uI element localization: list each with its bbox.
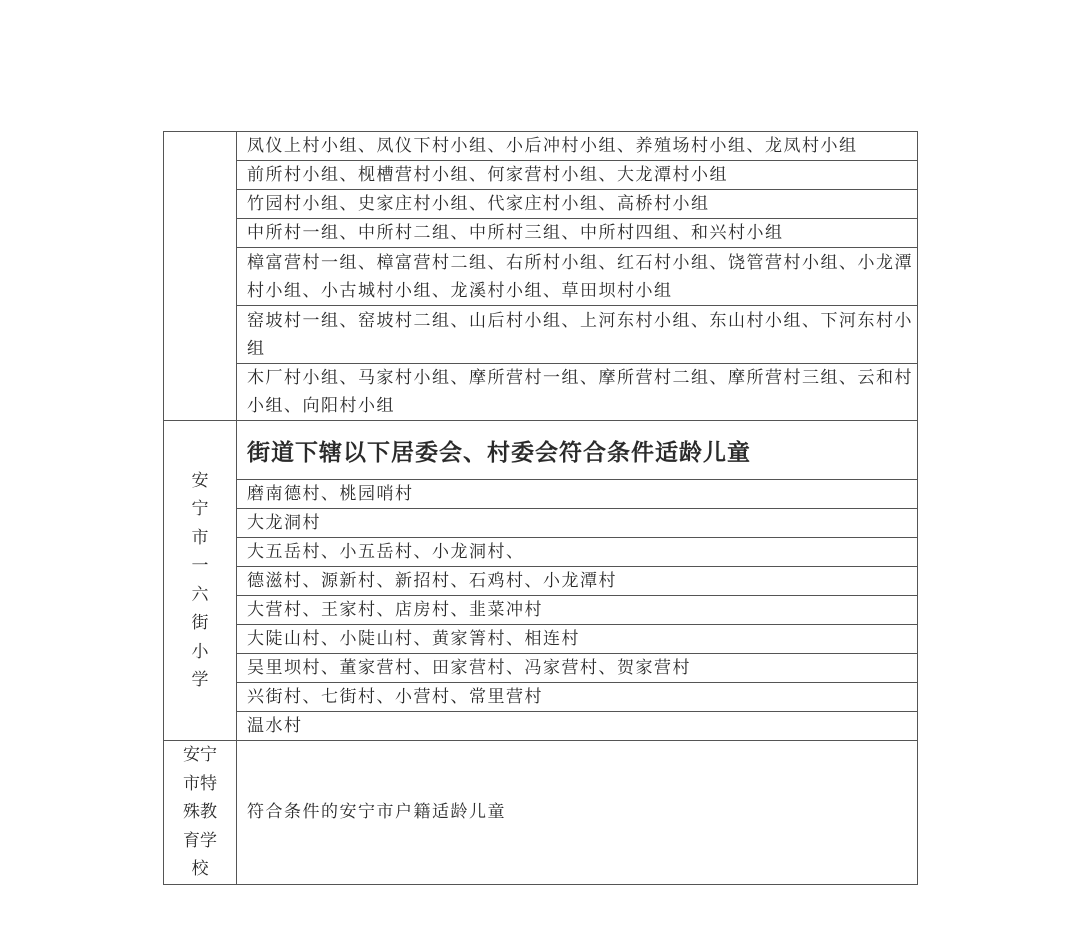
table-row: 兴街村、七街村、小营村、常里营村 xyxy=(237,683,918,712)
table-row: 吴里坝村、董家营村、田家营村、冯家营村、贺家营村 xyxy=(237,654,918,683)
table-row: 磨南德村、桃园哨村 xyxy=(237,480,918,509)
table-row: 樟富营村一组、樟富营村二组、右所村小组、红石村小组、饶管营村小组、小龙潭村小组、… xyxy=(237,248,918,306)
section-heading: 街道下辖以下居委会、村委会符合条件适龄儿童 xyxy=(237,421,918,480)
table-row: 大营村、王家村、店房村、韭菜冲村 xyxy=(237,596,918,625)
table-row: 大龙洞村 xyxy=(237,509,918,538)
school-label-anning-special-education: 安宁 市特 殊教 育学 校 xyxy=(164,741,237,885)
table-row: 温水村 xyxy=(237,712,918,741)
table-row: 中所村一组、中所村二组、中所村三组、中所村四组、和兴村小组 xyxy=(237,219,918,248)
enrollment-zone-table: 凤仪上村小组、凤仪下村小组、小后冲村小组、养殖场村小组、龙凤村小组 前所村小组、… xyxy=(163,131,918,885)
table-row: 窑坡村一组、窑坡村二组、山后村小组、上河东村小组、东山村小组、下河东村小组 xyxy=(237,306,918,364)
table-row: 凤仪上村小组、凤仪下村小组、小后冲村小组、养殖场村小组、龙凤村小组 xyxy=(237,132,918,161)
section1-label-cell xyxy=(164,132,237,421)
table-row: 前所村小组、枧槽营村小组、何家营村小组、大龙潭村小组 xyxy=(237,161,918,190)
table-row: 竹园村小组、史家庄村小组、代家庄村小组、高桥村小组 xyxy=(237,190,918,219)
table-row: 德滋村、源新村、新招村、石鸡村、小龙潭村 xyxy=(237,567,918,596)
table-row: 大五岳村、小五岳村、小龙洞村、 xyxy=(237,538,918,567)
table-row: 符合条件的安宁市户籍适龄儿童 xyxy=(237,741,918,885)
table-row: 大陡山村、小陡山村、黄家箐村、相连村 xyxy=(237,625,918,654)
table-row: 木厂村小组、马家村小组、摩所营村一组、摩所营村二组、摩所营村三组、云和村小组、向… xyxy=(237,364,918,421)
school-label-anning-yiliujie-primary: 安 宁 市 一 六 街 小 学 xyxy=(164,421,237,741)
